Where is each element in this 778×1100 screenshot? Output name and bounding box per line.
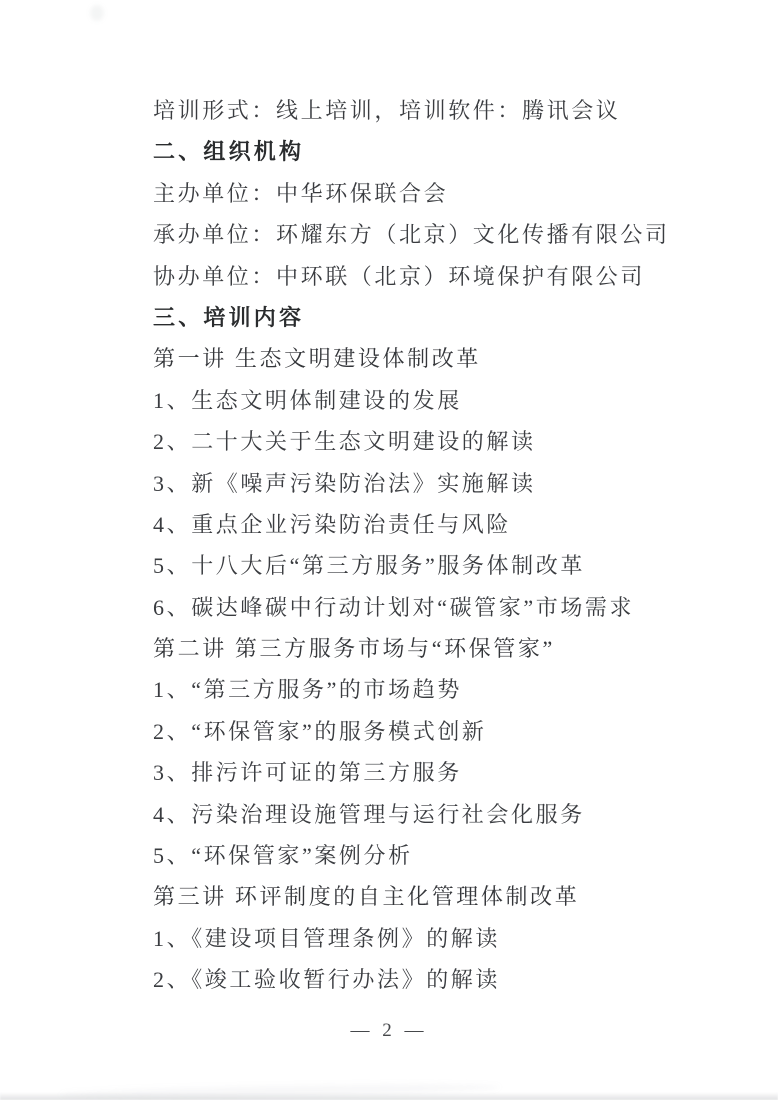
lecture-3-title: 第三讲 环评制度的自主化管理体制改革 <box>153 876 738 917</box>
lecture-1-item-4: 4、重点企业污染防治责任与风险 <box>153 504 738 545</box>
line-organizer-unit: 承办单位：环耀东方（北京）文化传播有限公司 <box>153 214 738 255</box>
lecture-3-item-2: 2、《竣工验收暂行办法》的解读 <box>153 959 738 1000</box>
scan-artifact-top <box>90 5 104 21</box>
line-co-organizer-unit: 协办单位：中环联（北京）环境保护有限公司 <box>153 256 738 297</box>
lecture-1-item-2: 2、二十大关于生态文明建设的解读 <box>153 421 738 462</box>
lecture-2-item-5: 5、“环保管家”案例分析 <box>153 835 738 876</box>
lecture-2-item-1: 1、“第三方服务”的市场趋势 <box>153 669 738 710</box>
lecture-2-item-2: 2、“环保管家”的服务模式创新 <box>153 711 738 752</box>
line-host-unit: 主办单位：中华环保联合会 <box>153 173 738 214</box>
lecture-1-title: 第一讲 生态文明建设体制改革 <box>153 338 738 379</box>
page-number: — 2 — <box>0 1016 778 1046</box>
scan-artifact-bottom-edge <box>0 1092 778 1100</box>
heading-training-content: 三、培训内容 <box>153 297 738 338</box>
lecture-1-item-6: 6、碳达峰碳中行动计划对“碳管家”市场需求 <box>153 587 738 628</box>
lecture-2-item-3: 3、排污许可证的第三方服务 <box>153 752 738 793</box>
lecture-1-item-5: 5、十八大后“第三方服务”服务体制改革 <box>153 545 738 586</box>
document-page: 培训形式：线上培训，培训软件：腾讯会议 二、组织机构 主办单位：中华环保联合会 … <box>0 0 778 1100</box>
document-body: 培训形式：线上培训，培训软件：腾讯会议 二、组织机构 主办单位：中华环保联合会 … <box>153 90 738 1001</box>
lecture-1-item-3: 3、新《噪声污染防治法》实施解读 <box>153 463 738 504</box>
lecture-3-item-1: 1、《建设项目管理条例》的解读 <box>153 918 738 959</box>
heading-organization: 二、组织机构 <box>153 131 738 172</box>
line-training-format: 培训形式：线上培训，培训软件：腾讯会议 <box>153 90 738 131</box>
lecture-1-item-1: 1、生态文明体制建设的发展 <box>153 380 738 421</box>
lecture-2-item-4: 4、污染治理设施管理与运行社会化服务 <box>153 794 738 835</box>
lecture-2-title: 第二讲 第三方服务市场与“环保管家” <box>153 628 738 669</box>
